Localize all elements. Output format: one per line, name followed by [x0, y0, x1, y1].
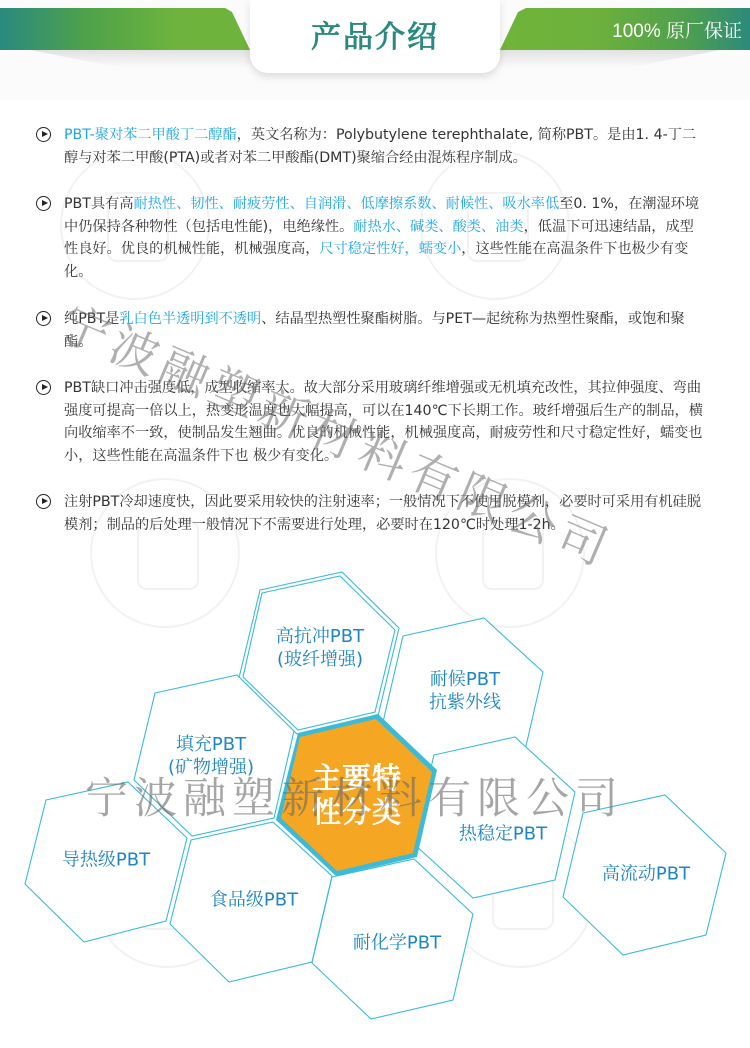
hexagon-label-center: 主要特 性分类 [312, 761, 402, 829]
highlight-text: 耐热水、碱类、酸类、油类 [353, 219, 523, 235]
hexagon-label-flow: 高流动PBT [602, 863, 690, 886]
hexagon-label-weather: 耐候PBT 抗紫外线 [429, 668, 501, 714]
hexagon-label-thermal: 导热级PBT [62, 849, 150, 872]
body-text: 注射PBT冷却速度快，因此要采用较快的注射速率；一般情况下不使用脱模剂，必要时可… [64, 491, 704, 536]
header-shadow-right [490, 50, 720, 68]
hexagon-label-filled: 填充PBT (矿物增强) [168, 733, 254, 779]
highlight-text: 乳白色半透明到不透明 [119, 311, 261, 327]
hexagon-label-impact: 高抗冲PBT (玻纤增强) [276, 625, 364, 671]
play-circle-icon [36, 380, 51, 395]
play-circle-icon [36, 311, 51, 326]
body-text: PBT缺口冲击强度低，成型收缩率大。故大部分采用玻璃纤维增强或无机填充改性，其拉… [64, 377, 704, 467]
play-circle-icon [36, 494, 51, 509]
header-shadow-left [30, 50, 260, 68]
page-title: 产品介绍 [250, 12, 500, 56]
highlight-text: 尺寸稳定性好，蠕变小 [319, 241, 461, 257]
play-circle-icon [36, 196, 51, 211]
hexagon-label-heat-stable: 热稳定PBT [459, 823, 547, 846]
header-green-bar-left [0, 8, 250, 50]
hexagon-label-chemical: 耐化学PBT [353, 932, 441, 955]
header-slogan: 100% 原厂保证 [612, 16, 742, 43]
classification-diagram: 高抗冲PBT (玻纤增强) 耐候PBT 抗紫外线 填充PBT (矿物增强) 热稳… [0, 560, 750, 1048]
highlight-text: PBT-聚对苯二甲酸丁二醇酯 [64, 127, 237, 143]
hexagon-label-food: 食品级PBT [210, 889, 298, 912]
hexagon-heat-stable [413, 737, 575, 898]
section-header: 产品介绍 100% 原厂保证 [0, 0, 750, 100]
body-text: PBT具有高 [64, 196, 134, 212]
play-circle-icon [36, 127, 51, 142]
body-text: 纯PBT是 [64, 311, 119, 327]
highlight-text: 耐热性、韧性、耐疲劳性、自润滑、低摩擦系数、耐候性、吸水率低 [134, 196, 560, 212]
